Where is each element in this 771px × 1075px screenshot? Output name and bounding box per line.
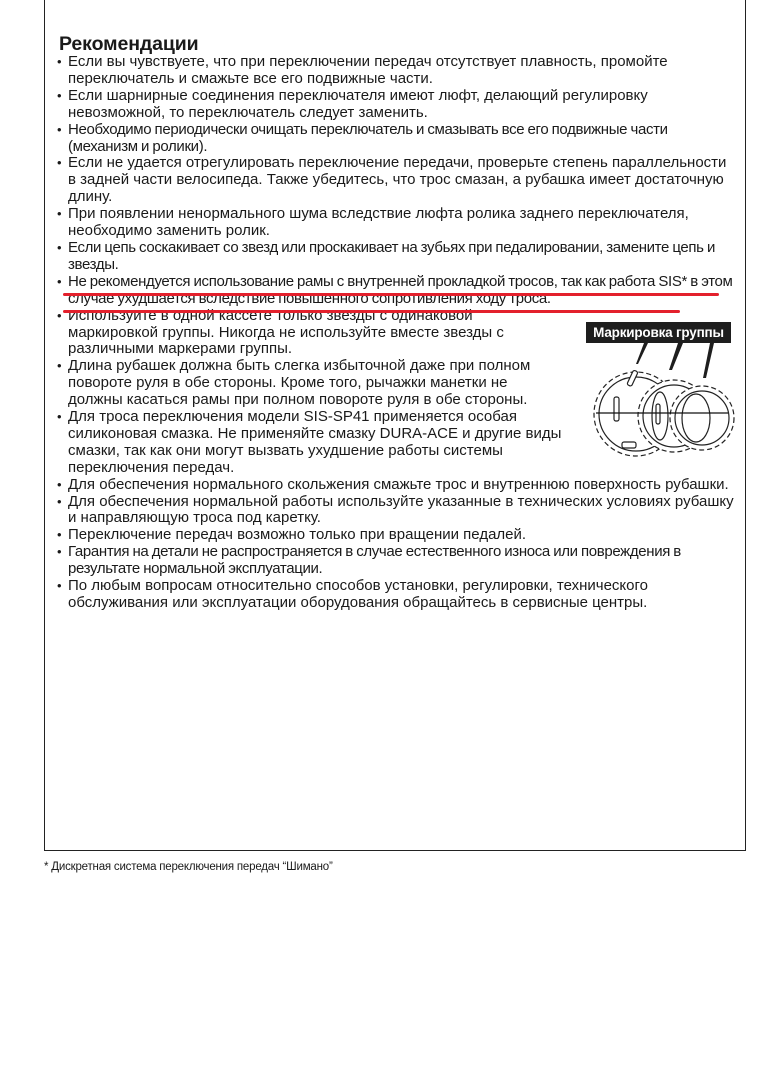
bullet-icon: •	[57, 358, 62, 375]
bullet-icon: •	[57, 494, 62, 511]
list-item: •Если не удается отрегулировать переключ…	[57, 155, 737, 206]
sprocket-figure: Маркировка группы	[586, 322, 732, 472]
list-item-text: Длина рубашек должна быть слегка избыточ…	[68, 358, 558, 409]
list-item-text: Для обеспечения нормального скольжения с…	[68, 477, 737, 494]
bullet-icon: •	[57, 544, 62, 561]
list-item-text: Если не удается отрегулировать переключе…	[68, 155, 737, 206]
list-item: •Необходимо периодически очищать переклю…	[57, 122, 737, 156]
list-item: •Для обеспечения нормальной работы испол…	[57, 494, 737, 528]
list-item: •Гарантия на детали не распространяется …	[57, 544, 737, 578]
sprocket-group-marking-icon	[586, 322, 736, 472]
list-item: •При появлении ненормального шума вследс…	[57, 206, 737, 240]
bullet-icon: •	[57, 409, 62, 426]
list-item-text: Гарантия на детали не распространяется в…	[68, 544, 737, 578]
bullet-icon: •	[57, 527, 62, 544]
bullet-icon: •	[57, 88, 62, 105]
list-item-text: Необходимо периодически очищать переключ…	[68, 122, 737, 156]
list-item: •Если вы чувствуете, что при переключени…	[57, 54, 737, 88]
highlight-underline-1	[63, 293, 719, 296]
list-item: •По любым вопросам относительно способов…	[57, 578, 737, 612]
list-item-text: Для троса переключения модели SIS-SP41 п…	[68, 409, 583, 477]
list-item-text: Если шарнирные соединения переключателя …	[68, 88, 737, 122]
bullet-icon: •	[57, 206, 62, 223]
list-item-text: Для обеспечения нормальной работы исполь…	[68, 494, 737, 528]
list-item-text: Если вы чувствуете, что при переключении…	[68, 54, 737, 88]
bullet-icon: •	[57, 274, 62, 291]
bullet-icon: •	[57, 240, 62, 257]
list-item-text: Если цепь соскакивает со звезд или проск…	[68, 240, 737, 274]
highlight-underline-2	[63, 310, 680, 313]
bullet-icon: •	[57, 477, 62, 494]
list-item-text: Переключение передач возможно только при…	[68, 527, 737, 544]
list-item: •Для обеспечения нормального скольжения …	[57, 477, 737, 494]
bullet-icon: •	[57, 54, 62, 71]
footnote: * Дискретная система переключения переда…	[44, 861, 333, 873]
list-item-highlighted: •Не рекомендуется использование рамы с в…	[57, 274, 737, 308]
list-item: •Если цепь соскакивает со звезд или прос…	[57, 240, 737, 274]
bullet-icon: •	[57, 155, 62, 172]
list-item-text: По любым вопросам относительно способов …	[68, 578, 737, 612]
list-item-text: При появлении ненормального шума вследст…	[68, 206, 737, 240]
bullet-icon: •	[57, 578, 62, 595]
list-item-text: Не рекомендуется использование рамы с вн…	[68, 274, 737, 308]
list-item: •Если шарнирные соединения переключателя…	[57, 88, 737, 122]
list-item-text: Используите в одной кассете только звезд…	[68, 308, 518, 359]
bullet-icon: •	[57, 122, 62, 139]
bullet-icon: •	[57, 308, 62, 325]
list-item: •Переключение передач возможно только пр…	[57, 527, 737, 544]
